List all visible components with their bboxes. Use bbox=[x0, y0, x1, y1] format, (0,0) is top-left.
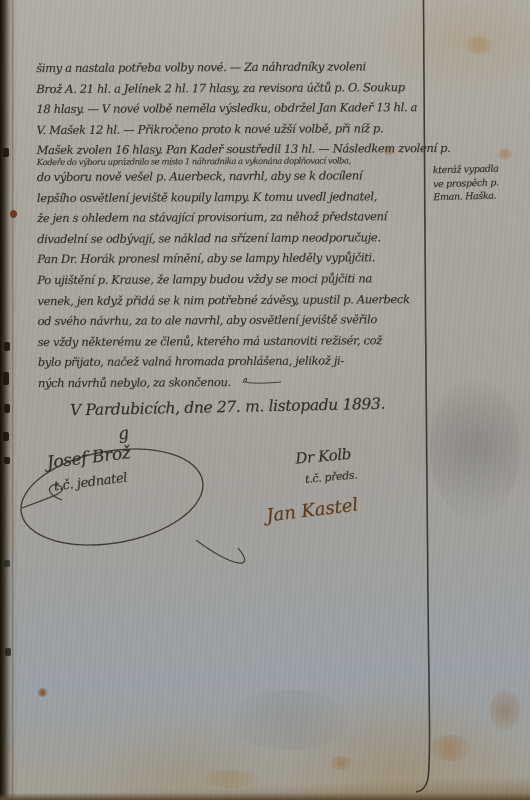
signature-under-flourish bbox=[196, 540, 245, 563]
manuscript-line: se vždy některému ze členů, kterého má u… bbox=[38, 330, 430, 353]
signature-right: Dr Kolb t.č. předs. bbox=[295, 444, 358, 486]
pen-flourish-mark: g bbox=[117, 423, 130, 444]
manuscript-line: divadelní se odbývají, se náklad na sříz… bbox=[37, 227, 429, 250]
manuscript-line: Po ujištění p. Krause, že lampy budou vž… bbox=[37, 268, 429, 291]
margin-note-line: Eman. Haška. bbox=[433, 189, 525, 205]
manuscript-line: že jen s ohledem na stávající provisoriu… bbox=[37, 206, 429, 229]
manuscript-line: od svého návrhu, za to ale navrhl, aby o… bbox=[37, 309, 429, 332]
manuscript-line: do výboru nově vešel p. Auerbeck, navrhl… bbox=[37, 165, 429, 188]
manuscript-line: Brož A. 21 hl. a Jelínek 2 hl. 17 hlasy,… bbox=[36, 77, 428, 100]
manuscript-line: V. Mašek 12 hl. — Přikročeno proto k nov… bbox=[36, 118, 428, 141]
manuscript-line: šimy a nastala potřeba volby nové. — Za … bbox=[36, 56, 428, 79]
page-bottom-edge bbox=[0, 793, 530, 800]
manuscript-line: 18 hlasy. — V nové volbě neměla výsledku… bbox=[36, 97, 428, 120]
manuscript-line: ných návrhů nebylo, za skončenou. bbox=[38, 371, 430, 394]
manuscript-line: Pan Dr. Horák pronesl mínění, aby se lam… bbox=[37, 247, 429, 270]
signature-right-name: Dr Kolb bbox=[295, 444, 357, 467]
manuscript-body: šimy a nastala potřeba volby nové. — Za … bbox=[36, 56, 430, 394]
manuscript-line: bylo přijato, načež valná hromada prohlá… bbox=[38, 350, 430, 373]
manuscript-line: lepšího osvětlení jeviště koupily lampy.… bbox=[37, 186, 429, 209]
manuscript-photo: šimy a nastala potřeba volby nové. — Za … bbox=[0, 0, 530, 800]
manuscript-inserted-line: Kadeře do výboru uprázdnilo se místo 1 n… bbox=[37, 156, 429, 168]
margin-note: kteráž vypadla ve prospěch p. Eman. Hašk… bbox=[432, 162, 525, 205]
manuscript-line: venek, jen když přidá se k nim potřebné … bbox=[37, 289, 429, 312]
